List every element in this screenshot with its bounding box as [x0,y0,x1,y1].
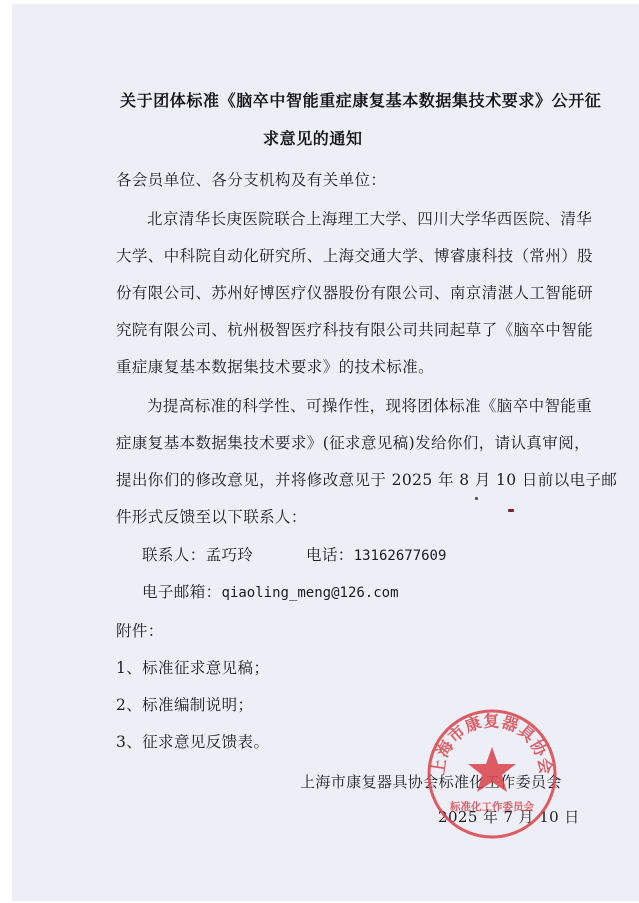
salutation: 各会员单位、各分支机构及有关单位： [116,170,386,190]
contact-email-row: 电子邮箱：qiaoling_meng@126.com [142,582,399,603]
contact-phone-label: 电话： [306,546,354,564]
paragraph-1-line: 重症康复基本数据集技术要求》的技术标准。 [116,357,434,377]
official-seal-stamp: 上海市康复器具协会 标准化工作委员会 [425,707,559,841]
contact-email: qiaoling_meng@126.com [222,585,399,601]
attachment-item: 3、征求意见反馈表。 [116,732,269,752]
paragraph-2-line: 症康复基本数据集技术要求》(征求意见稿)发给你们，请认真审阅， [116,433,590,453]
contact-name-label: 联系人： [142,546,206,564]
attachment-item: 1、标准征求意见稿； [116,658,269,678]
contact-phone: 13162677609 [354,548,447,564]
paragraph-1-line: 究院有限公司、杭州极智医疗科技有限公司共同起草了《脑卒中智能 [116,320,593,340]
contact-email-label: 电子邮箱： [142,583,222,601]
paragraph-2-line: 件形式反馈至以下联系人： [116,507,307,527]
paragraph-1-line: 大学、中科院自动化研究所、上海交通大学、博睿康科技（常州）股 [116,246,593,266]
seal-bottom-text: 标准化工作委员会 [449,800,534,813]
paragraph-2-line: 为提高标准的科学性、可操作性，现将团体标准《脑卒中智能重 [147,396,592,416]
document-title-line-1: 关于团体标准《脑卒中智能重症康复基本数据集技术要求》公开征 [120,91,601,111]
contact-phone-row: 电话：13162677609 [306,545,446,566]
paragraph-1-line: 北京清华长庚医院联合上海理工大学、四川大学华西医院、清华 [147,209,592,229]
star-icon [468,747,516,792]
scan-speck [508,509,514,512]
contact-name: 孟巧玲 [206,546,254,564]
paragraph-2-line: 提出你们的修改意见，并将修改意见于 2025 年 8 月 10 日前以电子邮 [116,470,617,490]
document-page: 关于团体标准《脑卒中智能重症康复基本数据集技术要求》公开征 求意见的通知 各会员… [12,4,639,901]
contact-name-row: 联系人：孟巧玲 [142,545,253,565]
attachments-heading: 附件： [116,621,164,641]
scan-speck [475,497,478,500]
paragraph-1-line: 份有限公司、苏州好博医疗仪器股份有限公司、南京清湛人工智能研 [116,283,593,303]
document-title-line-2: 求意见的通知 [263,129,363,149]
attachment-item: 2、标准编制说明； [116,695,253,715]
